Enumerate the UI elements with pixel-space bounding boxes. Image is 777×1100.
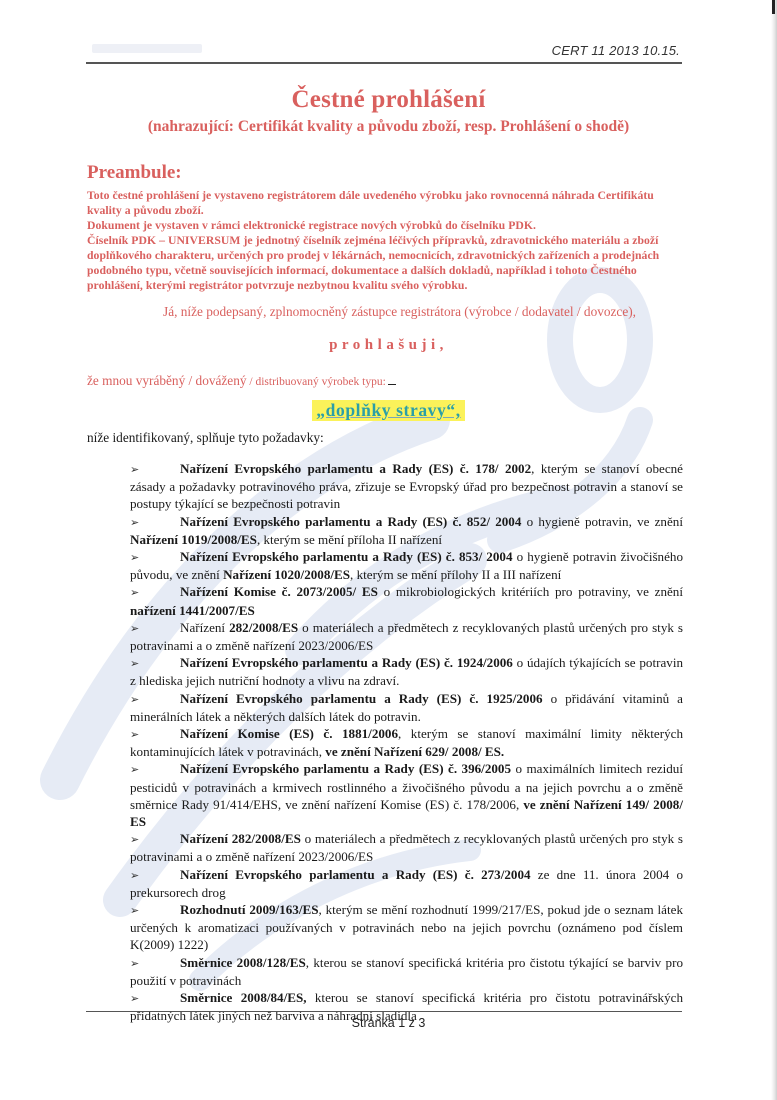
- arrow-bullet-icon: ➢: [130, 514, 180, 531]
- document-page: CERT 11 2013 10.15. Čestné prohlášení (n…: [0, 0, 777, 1100]
- regulation-reference: Nařízení Evropského parlamentu a Rady (E…: [180, 514, 521, 529]
- preamble-paragraph: Číselník PDK – UNIVERSUM je jednotný čís…: [87, 233, 687, 293]
- requirement-item: ➢Nařízení Komise č. 2073/2005/ ES o mikr…: [130, 583, 683, 618]
- footer-divider: [86, 1011, 682, 1012]
- regulation-reference: Nařízení Evropského parlamentu a Rady (E…: [180, 691, 543, 706]
- arrow-bullet-icon: ➢: [130, 726, 180, 743]
- arrow-bullet-icon: ➢: [130, 761, 180, 778]
- regulation-reference: Nařízení Komise č. 2073/2005/ ES: [180, 584, 378, 599]
- blank-underline: [388, 384, 396, 385]
- amendment-reference: Nařízení 1019/2008/ES: [130, 532, 257, 547]
- amendment-reference: nařízení 1441/2007/ES: [130, 603, 255, 618]
- requirements-list: ➢Nařízení Evropského parlamentu a Rady (…: [130, 460, 683, 1025]
- product-type-line-small: / distribuovaný výrobek typu:: [247, 376, 386, 388]
- regulation-reference: Nařízení Evropského parlamentu a Rady (E…: [180, 655, 513, 670]
- requirements-intro: níže identifikovaný, splňuje tyto požada…: [87, 430, 324, 446]
- product-type-line-main: že mnou vyráběný / dovážený: [87, 373, 247, 388]
- product-type-highlight: „doplňky stravy“,: [312, 400, 464, 421]
- requirement-item: ➢Nařízení Evropského parlamentu a Rady (…: [130, 690, 683, 725]
- regulation-reference: Nařízení Evropského parlamentu a Rady (E…: [180, 867, 531, 882]
- arrow-bullet-icon: ➢: [130, 620, 180, 637]
- declaration-verb: prohlašuji,: [0, 337, 777, 354]
- regulation-reference: 282/2008/ES: [229, 620, 298, 635]
- requirement-item: ➢Nařízení Komise (ES) č. 1881/2006, kter…: [130, 725, 683, 760]
- regulation-reference: Nařízení Evropského parlamentu a Rady (E…: [180, 549, 513, 564]
- amendment-reference: ve znění Nařízení 629/ 2008/ ES.: [325, 744, 504, 759]
- header-bleed-through: [92, 44, 202, 53]
- product-type: „doplňky stravy“,: [0, 400, 777, 421]
- regulation-reference: Nařízení Evropského parlamentu a Rady (E…: [180, 761, 511, 776]
- regulation-reference: Směrnice 2008/84/ES,: [180, 990, 307, 1005]
- requirement-item: ➢Nařízení Evropského parlamentu a Rady (…: [130, 513, 683, 548]
- arrow-bullet-icon: ➢: [130, 584, 180, 601]
- requirement-item: ➢Nařízení Evropského parlamentu a Rady (…: [130, 654, 683, 689]
- arrow-bullet-icon: ➢: [130, 955, 180, 972]
- requirement-item: ➢Rozhodnutí 2009/163/ES, kterým se mění …: [130, 901, 683, 954]
- arrow-bullet-icon: ➢: [130, 831, 180, 848]
- regulation-reference: Nařízení Evropského parlamentu a Rady (E…: [180, 461, 531, 476]
- requirement-item: ➢Nařízení Evropského parlamentu a Rady (…: [130, 548, 683, 583]
- document-reference: CERT 11 2013 10.15.: [552, 43, 680, 58]
- document-title: Čestné prohlášení: [0, 86, 777, 114]
- declaration-statement: Já, níže podepsaný, zplnomocněný zástupc…: [0, 304, 777, 320]
- requirement-item: ➢Nařízení Evropského parlamentu a Rady (…: [130, 866, 683, 901]
- preamble-section: Preambule: Toto čestné prohlášení je vys…: [87, 162, 687, 293]
- arrow-bullet-icon: ➢: [130, 461, 180, 478]
- arrow-bullet-icon: ➢: [130, 691, 180, 708]
- requirement-item: ➢Nařízení 282/2008/ES o materiálech a př…: [130, 619, 683, 654]
- arrow-bullet-icon: ➢: [130, 867, 180, 884]
- arrow-bullet-icon: ➢: [130, 549, 180, 566]
- regulation-reference: Nařízení Komise (ES) č. 1881/2006: [180, 726, 398, 741]
- arrow-bullet-icon: ➢: [130, 990, 180, 1007]
- requirement-item: ➢Nařízení 282/2008/ES o materiálech a př…: [130, 830, 683, 865]
- product-type-line: že mnou vyráběný / dovážený / distribuov…: [87, 373, 396, 389]
- amendment-reference: ve znění Nařízení 149/ 2008/ ES: [130, 797, 683, 829]
- preamble-paragraph: Dokument je vystaven v rámci elektronick…: [87, 218, 687, 233]
- requirement-item: ➢Nařízení Evropského parlamentu a Rady (…: [130, 760, 683, 830]
- page-number: Stránka 1 z 3: [0, 1016, 777, 1030]
- page-header: CERT 11 2013 10.15.: [86, 36, 682, 64]
- arrow-bullet-icon: ➢: [130, 655, 180, 672]
- scan-edge: [771, 0, 777, 1100]
- regulation-reference: Nařízení 282/2008/ES: [180, 831, 301, 846]
- preamble-paragraph: Toto čestné prohlášení je vystaveno regi…: [87, 188, 687, 218]
- amendment-reference: Nařízení 1020/2008/ES: [223, 567, 350, 582]
- requirement-item: ➢Směrnice 2008/128/ES, kterou se stanoví…: [130, 954, 683, 989]
- regulation-reference: Směrnice 2008/128/ES: [180, 955, 306, 970]
- preamble-heading: Preambule:: [87, 162, 687, 184]
- document-subtitle: (nahrazující: Certifikát kvality a původ…: [0, 118, 777, 136]
- regulation-reference: Rozhodnutí 2009/163/ES: [180, 902, 318, 917]
- requirement-item: ➢Nařízení Evropského parlamentu a Rady (…: [130, 460, 683, 513]
- scan-edge-mark: [772, 0, 775, 14]
- arrow-bullet-icon: ➢: [130, 902, 180, 919]
